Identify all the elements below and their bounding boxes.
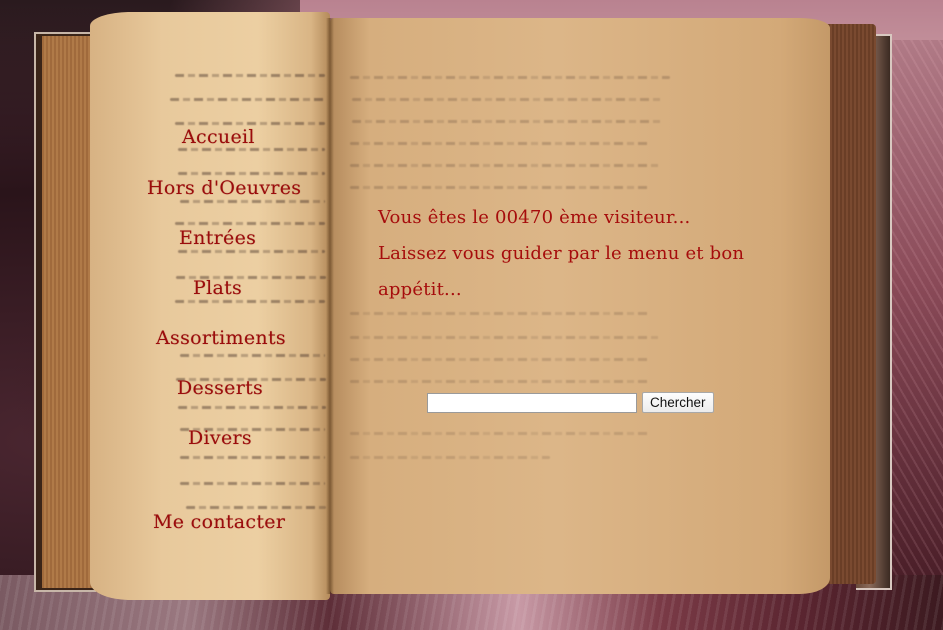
menu-item-accueil[interactable]: Accueil <box>182 126 255 148</box>
search-button[interactable]: Chercher <box>642 392 714 413</box>
search-input[interactable] <box>427 393 637 413</box>
menu-item-me-contacter[interactable]: Me contacter <box>153 511 285 533</box>
welcome-message: Vous êtes le 00470 ème visiteur... Laiss… <box>378 200 768 308</box>
menu-item-entrees[interactable]: Entrées <box>179 227 256 249</box>
menu-item-desserts[interactable]: Desserts <box>177 377 263 399</box>
guide-text: Laissez vous guider par le menu et bon a… <box>378 236 768 308</box>
search-form: Chercher <box>427 392 714 413</box>
menu-item-plats[interactable]: Plats <box>193 277 242 299</box>
menu-item-hors-doeuvres[interactable]: Hors d'Oeuvres <box>147 177 301 199</box>
book-gutter <box>326 18 334 594</box>
menu-item-assortiments[interactable]: Assortiments <box>156 327 286 349</box>
visitor-count-text: Vous êtes le 00470 ème visiteur... <box>378 200 768 236</box>
menu-item-divers[interactable]: Divers <box>188 427 252 449</box>
